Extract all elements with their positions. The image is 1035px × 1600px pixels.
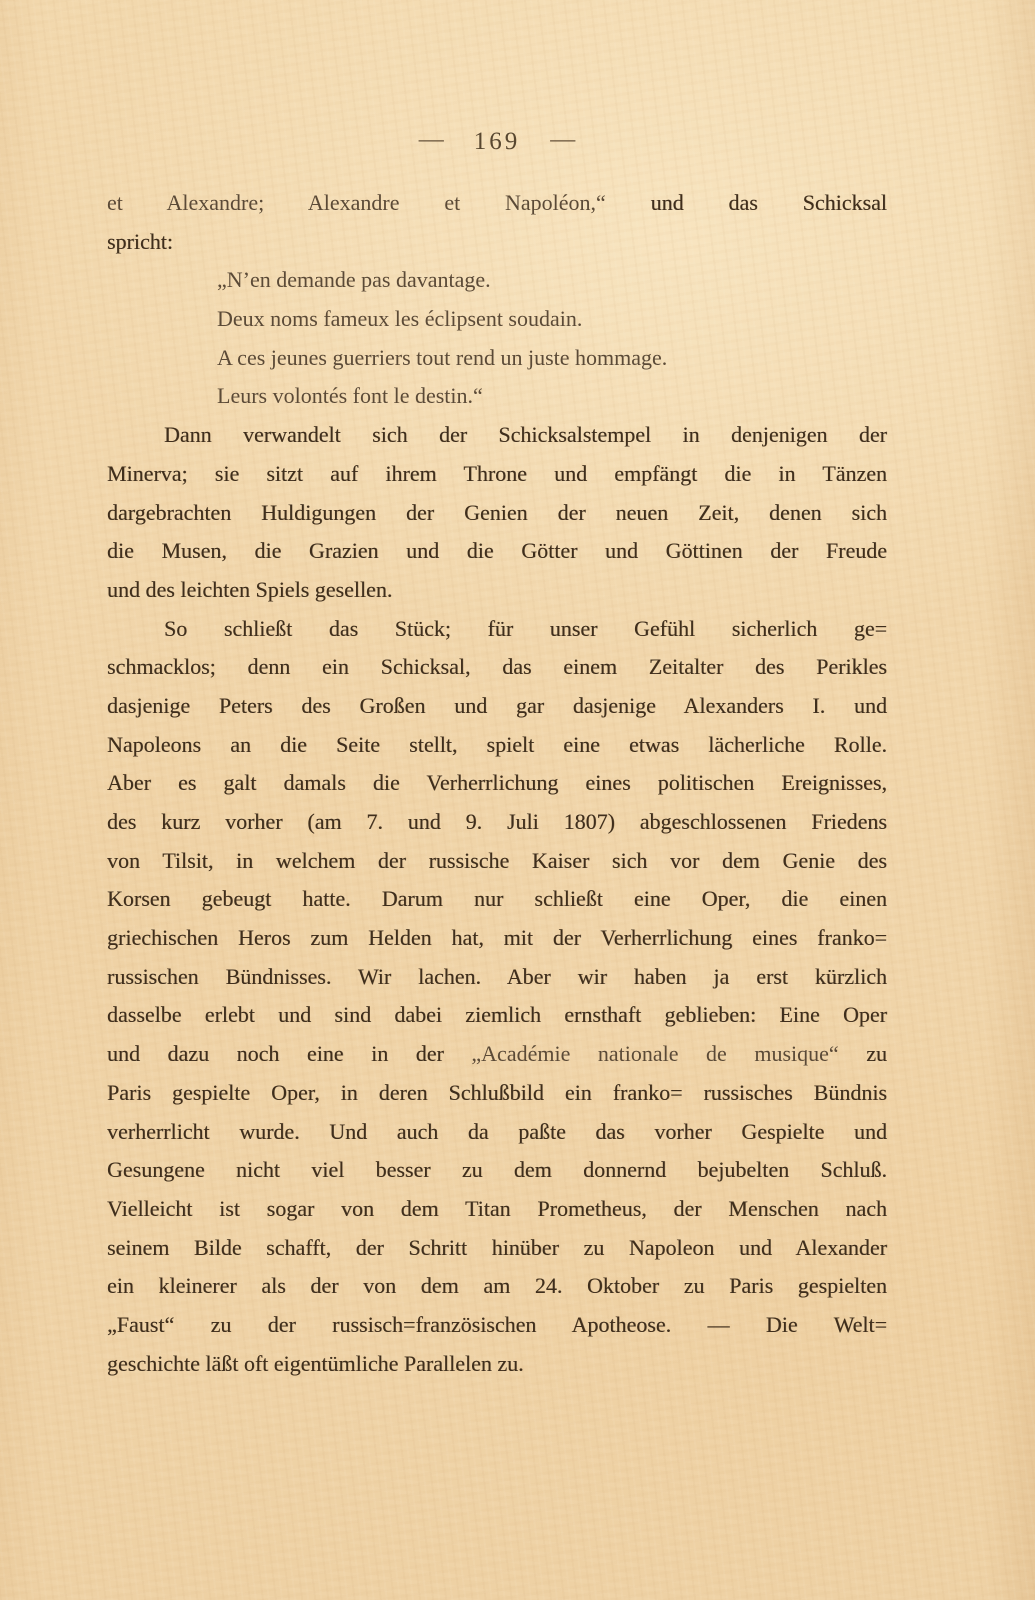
text-line: spricht: <box>107 223 887 262</box>
header-right-dash: — <box>550 126 575 154</box>
text-line: So schließt das Stück; für unser Gefühl … <box>107 610 887 649</box>
fraktur-text-segment: Vielleicht ist sogar von dem Titan Prome… <box>107 1196 887 1221</box>
fraktur-text-segment: und das Schicksal <box>606 190 887 215</box>
fraktur-text-segment: russischen Bündnisses. Wir lachen. Aber … <box>107 964 887 989</box>
text-line: „N’en demande pas davantage. <box>107 261 887 300</box>
fraktur-text-segment: griechischen Heros zum Helden hat, mit d… <box>107 925 887 950</box>
antiqua-text-segment: Deux noms fameux les éclipsent soudain. <box>217 306 582 331</box>
text-line: Leurs volontés font le destin.“ <box>107 377 887 416</box>
paragraph-continuation: et Alexandre; Alexandre et Napoléon,“ un… <box>107 184 887 261</box>
fraktur-text-segment: Aber es galt damals die Verherrlichung e… <box>107 770 887 795</box>
text-line: griechischen Heros zum Helden hat, mit d… <box>107 919 887 958</box>
text-line: Minerva; sie sitzt auf ihrem Throne und … <box>107 455 887 494</box>
fraktur-text-segment: ein kleinerer als der von dem am 24. Okt… <box>107 1273 887 1298</box>
text-line: et Alexandre; Alexandre et Napoléon,“ un… <box>107 184 887 223</box>
fraktur-text-segment: Minerva; sie sitzt auf ihrem Throne und … <box>107 461 887 486</box>
fraktur-text-segment: die Musen, die Grazien und die Götter un… <box>107 538 887 563</box>
fraktur-text-segment: dargebrachten Huldigungen der Genien der… <box>107 500 887 525</box>
text-line: seinem Bilde schafft, der Schritt hinübe… <box>107 1229 887 1268</box>
fraktur-text-segment: Korsen gebeugt hatte. Darum nur schließt… <box>107 886 887 911</box>
text-line: Vielleicht ist sogar von dem Titan Prome… <box>107 1190 887 1229</box>
text-line: verherrlicht wurde. Und auch da paßte da… <box>107 1113 887 1152</box>
fraktur-text-segment: und des leichten Spiels gesellen. <box>107 577 392 602</box>
french-verse-quote: „N’en demande pas davantage.Deux noms fa… <box>107 261 887 416</box>
header-left-dash: — <box>419 126 444 154</box>
fraktur-text-segment: „Faust“ zu der russisch=französischen Ap… <box>107 1312 887 1337</box>
fraktur-text-segment: spricht: <box>107 229 173 254</box>
paragraph-schicksalstempel: Dann verwandelt sich der Schicksalstempe… <box>107 416 887 609</box>
text-line: ein kleinerer als der von dem am 24. Okt… <box>107 1267 887 1306</box>
text-line: Aber es galt damals die Verherrlichung e… <box>107 764 887 803</box>
fraktur-text-segment: Dann verwandelt sich der Schicksalstempe… <box>164 422 887 447</box>
paragraph-so-schliesst: So schließt das Stück; für unser Gefühl … <box>107 610 887 1384</box>
fraktur-text-segment: So schließt das Stück; für unser Gefühl … <box>164 616 887 641</box>
fraktur-text-segment: dasjenige Peters des Großen und gar dasj… <box>107 693 887 718</box>
fraktur-text-segment: geschichte läßt oft eigentümliche Parall… <box>107 1351 524 1376</box>
text-line: des kurz vorher (am 7. und 9. Juli 1807)… <box>107 803 887 842</box>
fraktur-text-segment: des kurz vorher (am 7. und 9. Juli 1807)… <box>107 809 887 834</box>
antiqua-text-segment: „N’en demande pas davantage. <box>217 267 491 292</box>
fraktur-text-segment: zu <box>839 1041 887 1066</box>
text-line: Deux noms fameux les éclipsent soudain. <box>107 300 887 339</box>
text-line: A ces jeunes guerriers tout rend un just… <box>107 339 887 378</box>
text-line: Napoleons an die Seite stellt, spielt ei… <box>107 726 887 765</box>
fraktur-text-segment: Paris gespielte Oper, in deren Schlußbil… <box>107 1080 887 1105</box>
text-line: russischen Bündnisses. Wir lachen. Aber … <box>107 958 887 997</box>
page-text-block: et Alexandre; Alexandre et Napoléon,“ un… <box>107 184 887 1383</box>
text-line: und dazu noch eine in der „Académie nati… <box>107 1035 887 1074</box>
text-line: Dann verwandelt sich der Schicksalstempe… <box>107 416 887 455</box>
fraktur-text-segment: schmacklos; denn ein Schicksal, das eine… <box>107 654 887 679</box>
page-number-header: — 169 — <box>107 128 887 156</box>
text-line: dasjenige Peters des Großen und gar dasj… <box>107 687 887 726</box>
text-line: dasselbe erlebt und sind dabei ziemlich … <box>107 996 887 1035</box>
fraktur-text-segment: von Tilsit, in welchem der russische Kai… <box>107 848 887 873</box>
fraktur-text-segment: verherrlicht wurde. Und auch da paßte da… <box>107 1119 887 1144</box>
fraktur-text-segment: Gesungene nicht viel besser zu dem donne… <box>107 1157 887 1182</box>
scanned-book-page: { "page": { "header": { "dash": "—", "nu… <box>0 0 1035 1600</box>
text-line: Korsen gebeugt hatte. Darum nur schließt… <box>107 880 887 919</box>
text-line: dargebrachten Huldigungen der Genien der… <box>107 494 887 533</box>
text-line: „Faust“ zu der russisch=französischen Ap… <box>107 1306 887 1345</box>
page-number: 169 <box>474 128 521 156</box>
fraktur-text-segment: Napoleons an die Seite stellt, spielt ei… <box>107 732 887 757</box>
text-line: Gesungene nicht viel besser zu dem donne… <box>107 1151 887 1190</box>
text-line: die Musen, die Grazien und die Götter un… <box>107 532 887 571</box>
antiqua-text-segment: Leurs volontés font le destin.“ <box>217 383 483 408</box>
text-line: geschichte läßt oft eigentümliche Parall… <box>107 1345 887 1384</box>
text-line: Paris gespielte Oper, in deren Schlußbil… <box>107 1074 887 1113</box>
text-line: von Tilsit, in welchem der russische Kai… <box>107 842 887 881</box>
fraktur-text-segment: dasselbe erlebt und sind dabei ziemlich … <box>107 1002 887 1027</box>
antiqua-text-segment: A ces jeunes guerriers tout rend un just… <box>217 345 667 370</box>
fraktur-text-segment: seinem Bilde schafft, der Schritt hinübe… <box>107 1235 887 1260</box>
antiqua-text-segment: „Académie nationale de musique“ <box>471 1041 838 1066</box>
fraktur-text-segment: und dazu noch eine in der <box>107 1041 471 1066</box>
antiqua-text-segment: et Alexandre; Alexandre et Napoléon,“ <box>107 190 606 215</box>
text-line: und des leichten Spiels gesellen. <box>107 571 887 610</box>
text-line: schmacklos; denn ein Schicksal, das eine… <box>107 648 887 687</box>
